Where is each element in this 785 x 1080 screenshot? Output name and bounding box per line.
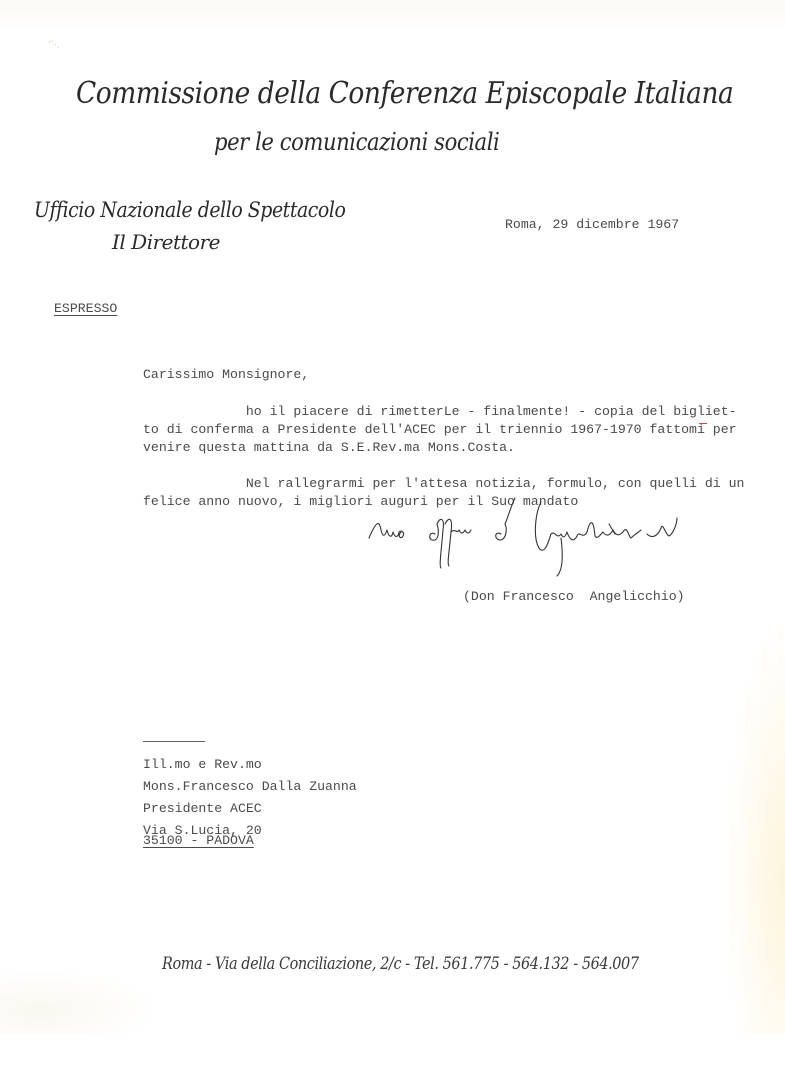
recipient-city: 35100 - PADOVA bbox=[143, 832, 254, 850]
signatory-name: (Don Francesco Angelicchio) bbox=[463, 588, 685, 606]
address-divider bbox=[143, 741, 205, 742]
letterhead-subtitle: per le comunicazioni sociali bbox=[214, 128, 499, 156]
office-role: Il Direttore bbox=[112, 230, 220, 254]
letterhead-organization: Commissione della Conferenza Episcopale … bbox=[76, 76, 733, 111]
recipient-address: Ill.mo e Rev.mo Mons.Francesco Dalla Zua… bbox=[143, 754, 357, 842]
delivery-marking: ESPRESSO bbox=[54, 300, 117, 318]
salutation: Carissimo Monsignore, bbox=[143, 366, 309, 384]
letter-page: ʻ′·. Commissione della Conferenza Episco… bbox=[0, 0, 785, 1034]
letter-date: Roma, 29 dicembre 1967 bbox=[505, 216, 679, 234]
correction-mark bbox=[699, 423, 707, 424]
letterhead-footer: Roma - Via della Conciliazione, 2/c - Te… bbox=[162, 954, 639, 974]
handwritten-signature bbox=[365, 494, 695, 584]
office-name: Ufficio Nazionale dello Spettacolo bbox=[34, 198, 345, 222]
paper-smudge: ʻ′·. bbox=[48, 40, 60, 51]
